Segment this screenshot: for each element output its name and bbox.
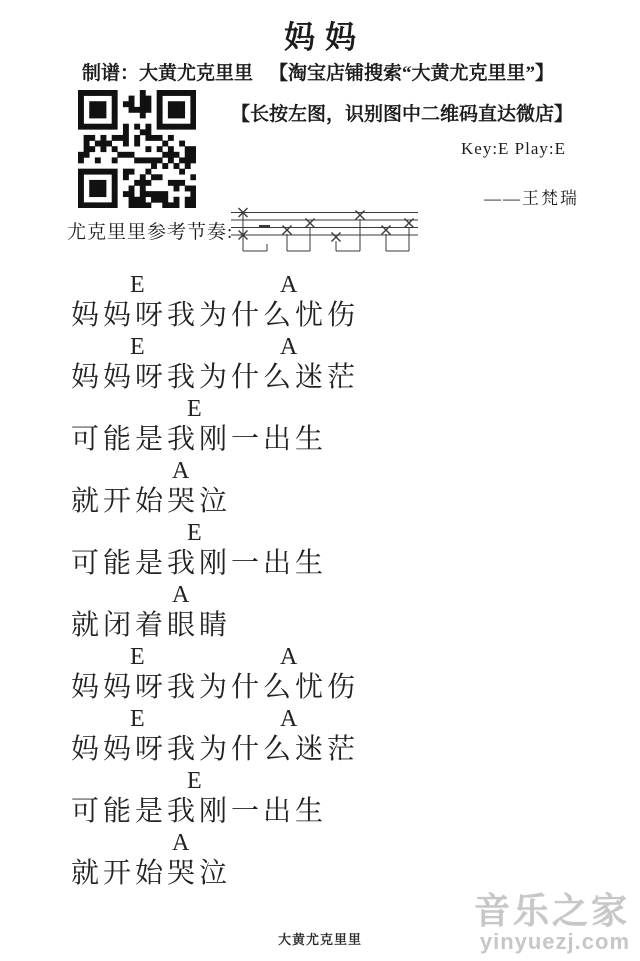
lyric-line: E可能是我刚一出生 <box>71 396 551 458</box>
lyric-line: A就闭着眼睛 <box>71 582 551 644</box>
chord-label: A <box>172 458 189 484</box>
lyric-text: 就闭着眼睛 <box>71 609 551 643</box>
lyric-line: EA妈妈呀我为什么迷茫 <box>71 706 551 768</box>
lyric-line: A就开始哭泣 <box>71 458 551 520</box>
chord-label: A <box>280 706 297 732</box>
lyric-line: E可能是我刚一出生 <box>71 768 551 830</box>
chord-row: EA <box>71 272 551 299</box>
chord-row: A <box>71 582 551 609</box>
chord-row: E <box>71 768 551 795</box>
chord-label: E <box>130 334 145 360</box>
lyric-text: 妈妈呀我为什么忧伤 <box>71 671 551 705</box>
chord-label: E <box>130 644 145 670</box>
artist-credit: ——王梵瑞 <box>484 184 579 209</box>
watermark: 音乐之家 yinyuezj.com <box>474 893 630 953</box>
chord-label: A <box>280 644 297 670</box>
chord-label: E <box>187 768 202 794</box>
lyric-text: 可能是我刚一出生 <box>71 423 551 457</box>
chord-row: A <box>71 830 551 857</box>
lyric-line: A就开始哭泣 <box>71 830 551 892</box>
chord-label: E <box>130 272 145 298</box>
chord-row: E <box>71 520 551 547</box>
lyric-text: 就开始哭泣 <box>71 857 551 891</box>
qr-code-icon <box>78 90 196 208</box>
watermark-url: yinyuezj.com <box>474 931 630 953</box>
taobao-note: 【淘宝店铺搜索“大黄尤克里里”】 <box>269 63 554 84</box>
chord-row: A <box>71 458 551 485</box>
chord-label: A <box>172 582 189 608</box>
lyric-text: 可能是我刚一出生 <box>71 547 551 581</box>
chord-row: EA <box>71 644 551 671</box>
lyric-text: 妈妈呀我为什么迷茫 <box>71 361 551 395</box>
chord-row: E <box>71 396 551 423</box>
chord-label: E <box>130 706 145 732</box>
lyric-text: 就开始哭泣 <box>71 485 551 519</box>
watermark-cn: 音乐之家 <box>474 893 630 929</box>
lyric-line: EA妈妈呀我为什么忧伤 <box>71 272 551 334</box>
lyrics: EA妈妈呀我为什么忧伤EA妈妈呀我为什么迷茫E可能是我刚一出生A就开始哭泣E可能… <box>71 272 551 892</box>
chord-label: E <box>187 396 202 422</box>
rhythm-notation-icon <box>228 203 438 261</box>
chord-label: A <box>280 334 297 360</box>
lyric-line: E可能是我刚一出生 <box>71 520 551 582</box>
header-row: 制谱：大黄尤克里里【淘宝店铺搜索“大黄尤克里里”】 <box>82 58 554 85</box>
chord-label: E <box>187 520 202 546</box>
credit-line: 制谱：大黄尤克里里 <box>82 63 253 84</box>
lyric-text: 妈妈呀我为什么迷茫 <box>71 733 551 767</box>
qr-code <box>78 90 196 208</box>
chord-label: A <box>172 830 189 856</box>
lyric-line: EA妈妈呀我为什么忧伤 <box>71 644 551 706</box>
lyric-text: 可能是我刚一出生 <box>71 795 551 829</box>
rhythm-label: 尤克里里参考节奏: <box>67 217 233 244</box>
key-info: Key:E Play:E <box>461 139 566 159</box>
lyric-line: EA妈妈呀我为什么迷茫 <box>71 334 551 396</box>
song-sheet: 妈妈 制谱：大黄尤克里里【淘宝店铺搜索“大黄尤克里里”】 【长按左图，识别图中二… <box>0 0 640 961</box>
chord-label: A <box>280 272 297 298</box>
chord-row: EA <box>71 334 551 361</box>
page-title: 妈妈 <box>0 12 640 57</box>
chord-row: EA <box>71 706 551 733</box>
qr-instruction: 【长按左图，识别图中二维码直达微店】 <box>231 99 573 126</box>
lyric-text: 妈妈呀我为什么忧伤 <box>71 299 551 333</box>
